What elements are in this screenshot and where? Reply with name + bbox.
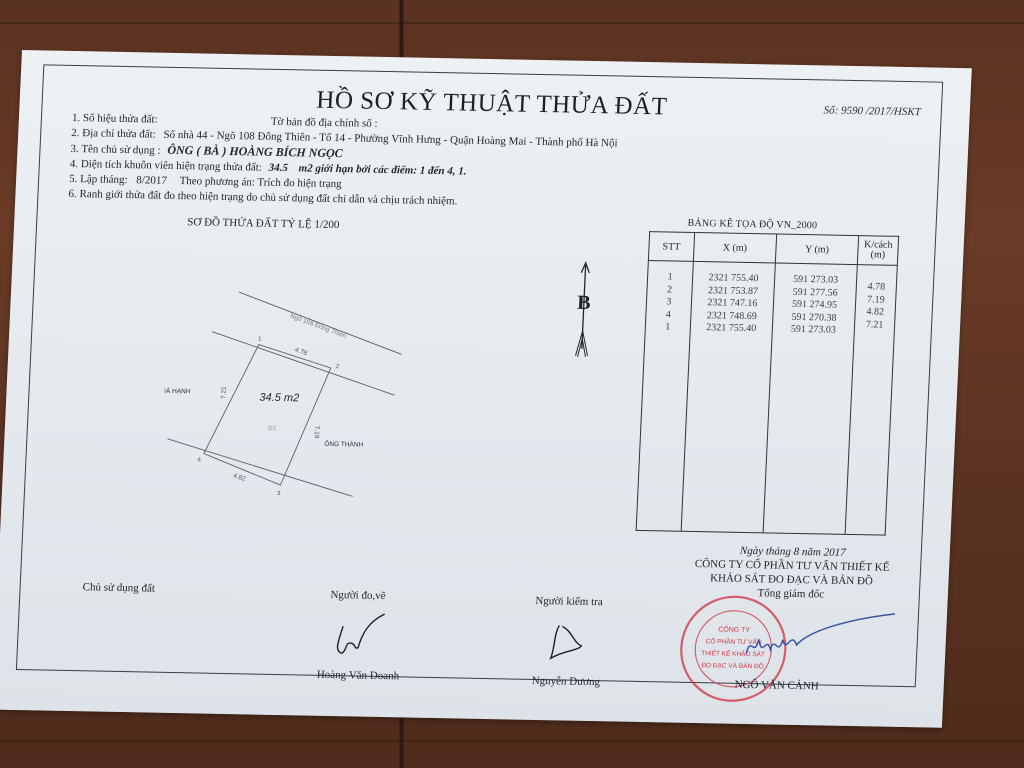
north-arrow-icon: B: [561, 260, 606, 361]
boundary-points: m2 giới hạn bởi các điểm: 1 đến 4, 1.: [298, 162, 466, 177]
parcel-area: 34.5: [268, 162, 288, 174]
surveyor-signature-label: Người đo,vẽ: [330, 589, 386, 602]
neighbor-right: ÔNG THÀNH: [324, 439, 364, 449]
plot-area-label: 34.5 m2: [259, 392, 299, 405]
plot-diagram-title: SƠ ĐỒ THỬA ĐẤT TỶ LỆ 1/200: [187, 216, 340, 231]
item4-label: 4. Diện tích khuôn viên hiện trạng thửa …: [70, 158, 263, 174]
surveyor-signature-icon: [327, 611, 389, 662]
col-distance: K/cách (m): [857, 236, 898, 266]
parcel-code: G2: [268, 426, 277, 432]
document-frame: HỒ SƠ KỸ THUẬT THỬA ĐẤT Số: 9590 /2017/H…: [16, 64, 943, 687]
edge-4-1-length: 7.21: [220, 386, 228, 399]
neighbor-left: BÀ HẠNH: [161, 386, 191, 396]
map-sheet-label: Tờ bản đồ địa chính số :: [271, 116, 378, 130]
created-month: 8/2017: [136, 174, 167, 187]
col-y: Y (m): [775, 234, 858, 265]
y-column: 591 273.03 591 277.56 591 274.95 591 270…: [763, 263, 857, 534]
document-number: Số: 9590 /2017/HSKT: [823, 104, 921, 118]
item3-label: 3. Tên chủ sử dụng :: [70, 143, 161, 157]
coordinate-table: STT X (m) Y (m) K/cách (m) 1 2 3 4 1: [636, 231, 900, 536]
parcel-info: 1. Số hiệu thửa đất: Tờ bản đồ địa chính…: [68, 111, 618, 212]
checker-signature-label: Người kiểm tra: [535, 595, 603, 608]
item1-label: 1. Số hiệu thửa đất:: [72, 112, 158, 126]
point-4: 4: [197, 457, 201, 463]
parcel-boundary: [202, 344, 331, 486]
x-column: 2321 755.40 2321 753.87 2321 747.16 2321…: [681, 261, 775, 532]
point-2: 2: [336, 364, 340, 370]
item5-label: 5. Lập tháng:: [69, 173, 128, 186]
point-3: 3: [277, 491, 281, 497]
edge-3-4-length: 4.82: [232, 472, 247, 483]
item2-label: 2. Địa chỉ thửa đất:: [71, 127, 156, 141]
road-label: Ngõ 108 Đông Thiên: [289, 313, 348, 340]
surveyor-name: Hoàng Văn Doanh: [317, 669, 400, 683]
coordinate-table-title: BẢNG KÊ TỌA ĐỘ VN_2000: [687, 218, 817, 231]
edge-2-3-length: 7.19: [313, 426, 321, 439]
col-x: X (m): [693, 232, 776, 263]
owner-name: ÔNG ( BÀ ) HOÀNG BÍCH NGỌC: [167, 143, 343, 160]
plot-diagram: Ngõ 108 Đông Thiên 1 2 3 4 4.78 7.19 4.8…: [160, 283, 409, 497]
col-stt: STT: [648, 232, 694, 262]
survey-plan: Theo phương án: Trích đo hiện trạng: [179, 175, 342, 190]
checker-signature-icon: [542, 620, 589, 666]
owner-signature-label: Chủ sử dụng đất: [82, 581, 155, 594]
document-page: HỒ SƠ KỸ THUẬT THỬA ĐẤT Số: 9590 /2017/H…: [0, 50, 972, 728]
point-1: 1: [258, 337, 262, 343]
north-label: B: [577, 292, 591, 314]
edge-1-2-length: 4.78: [294, 347, 309, 358]
director-signature-icon: [737, 609, 900, 672]
checker-name: Nguyễn Dương: [531, 675, 600, 688]
